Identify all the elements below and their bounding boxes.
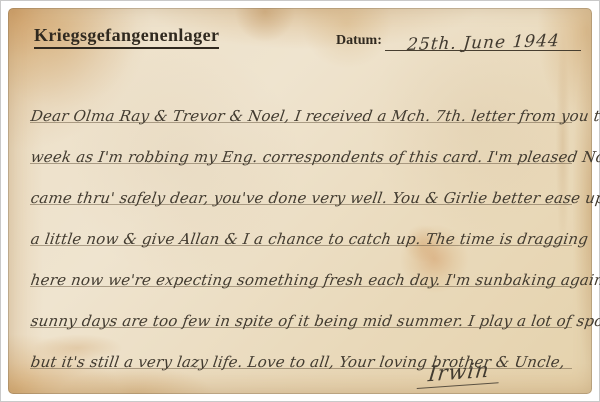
date-value: 25th. June 1944 (406, 31, 560, 55)
letter-body: Dear Olma Ray & Trevor & Noel, I receive… (30, 82, 572, 369)
letter-line-text: week as I'm robbing my Eng. corresponden… (30, 148, 600, 166)
date-field: Datum: 25th. June 1944 (336, 30, 581, 51)
letter-line: week as I'm robbing my Eng. corresponden… (30, 123, 572, 164)
letter-line-text: came thru' safely dear, you've done very… (30, 189, 600, 207)
signature: Irwin (417, 357, 501, 389)
letter-line: sunny days are too few in spite of it be… (30, 287, 572, 328)
letter-line-text: a little now & give Allan & I a chance t… (30, 230, 590, 248)
letter-line: a little now & give Allan & I a chance t… (30, 205, 572, 246)
letter-line: Dear Olma Ray & Trevor & Noel, I receive… (30, 82, 572, 123)
scan-frame: Kriegsgefangenenlager Datum: 25th. June … (0, 0, 600, 402)
date-rule-line: 25th. June 1944 (385, 30, 581, 51)
letter-line-text: sunny days are too few in spite of it be… (30, 312, 600, 330)
pow-postcard: Kriegsgefangenenlager Datum: 25th. June … (8, 8, 592, 394)
date-label: Datum: (336, 33, 382, 51)
printed-title: Kriegsgefangenenlager (34, 25, 219, 49)
letter-line: here now we're expecting something fresh… (30, 246, 572, 287)
letter-line-text: Dear Olma Ray & Trevor & Noel, I receive… (30, 107, 600, 125)
letter-line-text: here now we're expecting something fresh… (30, 271, 600, 289)
letter-line: came thru' safely dear, you've done very… (30, 164, 572, 205)
